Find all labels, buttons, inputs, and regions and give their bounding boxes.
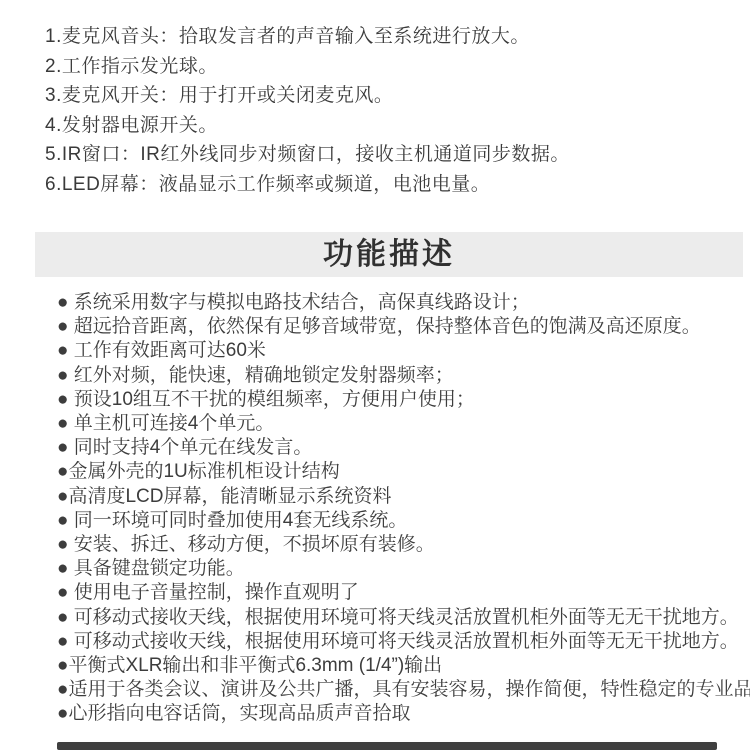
part-callout-item: 5.IR窗口：IR红外线同步对频窗口，接收主机通道同步数据。 bbox=[45, 140, 570, 170]
part-callout-item: 2.工作指示发光球。 bbox=[45, 52, 570, 82]
feature-item: ●金属外壳的1U标准机柜设计结构 bbox=[57, 460, 750, 484]
feature-item: ● 安装、拆迁、移动方便，不损坏原有装修。 bbox=[57, 533, 750, 557]
feature-item: ● 系统采用数字与模拟电路技术结合，高保真线路设计； bbox=[57, 291, 750, 315]
feature-item: ● 单主机可连接4个单元。 bbox=[57, 412, 750, 436]
feature-item: ●适用于各类会议、演讲及公共广播，具有安装容易，操作简便，特性稳定的专业品质 bbox=[57, 678, 750, 702]
part-callout-item: 3.麦克风开关：用于打开或关闭麦克风。 bbox=[45, 81, 570, 111]
next-section-divider-bar bbox=[57, 742, 717, 750]
feature-item: ●心形指向电容话筒，实现高品质声音拾取 bbox=[57, 702, 750, 726]
feature-item: ● 预设10组互不干扰的模组频率，方便用户使用； bbox=[57, 388, 750, 412]
feature-item: ● 同时支持4个单元在线发言。 bbox=[57, 436, 750, 460]
section-title: 功能描述 bbox=[323, 232, 455, 277]
part-callout-item: 4.发射器电源开关。 bbox=[45, 111, 570, 141]
feature-item: ● 具备键盘锁定功能。 bbox=[57, 557, 750, 581]
feature-list: ● 系统采用数字与模拟电路技术结合，高保真线路设计； ● 超远拾音距离，依然保有… bbox=[57, 291, 750, 727]
feature-item: ● 可移动式接收天线，根据使用环境可将天线灵活放置机柜外面等无无干扰地方。 bbox=[57, 630, 750, 654]
feature-item: ● 超远拾音距离，依然保有足够音域带宽，保持整体音色的饱满及高还原度。 bbox=[57, 315, 750, 339]
product-description-page: 1.麦克风音头：拾取发言者的声音输入至系统进行放大。 2.工作指示发光球。 3.… bbox=[0, 0, 750, 750]
part-callout-item: 1.麦克风音头：拾取发言者的声音输入至系统进行放大。 bbox=[45, 22, 570, 52]
feature-item: ● 红外对频，能快速，精确地锁定发射器频率； bbox=[57, 364, 750, 388]
feature-item: ●高清度LCD屏幕，能清晰显示系统资料 bbox=[57, 485, 750, 509]
feature-item: ● 工作有效距离可达60米 bbox=[57, 339, 750, 363]
feature-item: ● 同一环境可同时叠加使用4套无线系统。 bbox=[57, 509, 750, 533]
feature-item: ● 可移动式接收天线，根据使用环境可将天线灵活放置机柜外面等无无干扰地方。 bbox=[57, 606, 750, 630]
part-callout-list: 1.麦克风音头：拾取发言者的声音输入至系统进行放大。 2.工作指示发光球。 3.… bbox=[45, 22, 570, 200]
feature-item: ●平衡式XLR输出和非平衡式6.3mm (1/4”)输出 bbox=[57, 654, 750, 678]
part-callout-item: 6.LED屏幕：液晶显示工作频率或频道，电池电量。 bbox=[45, 170, 570, 200]
section-header-banner: 功能描述 bbox=[35, 232, 743, 277]
feature-item: ● 使用电子音量控制，操作直观明了 bbox=[57, 581, 750, 605]
